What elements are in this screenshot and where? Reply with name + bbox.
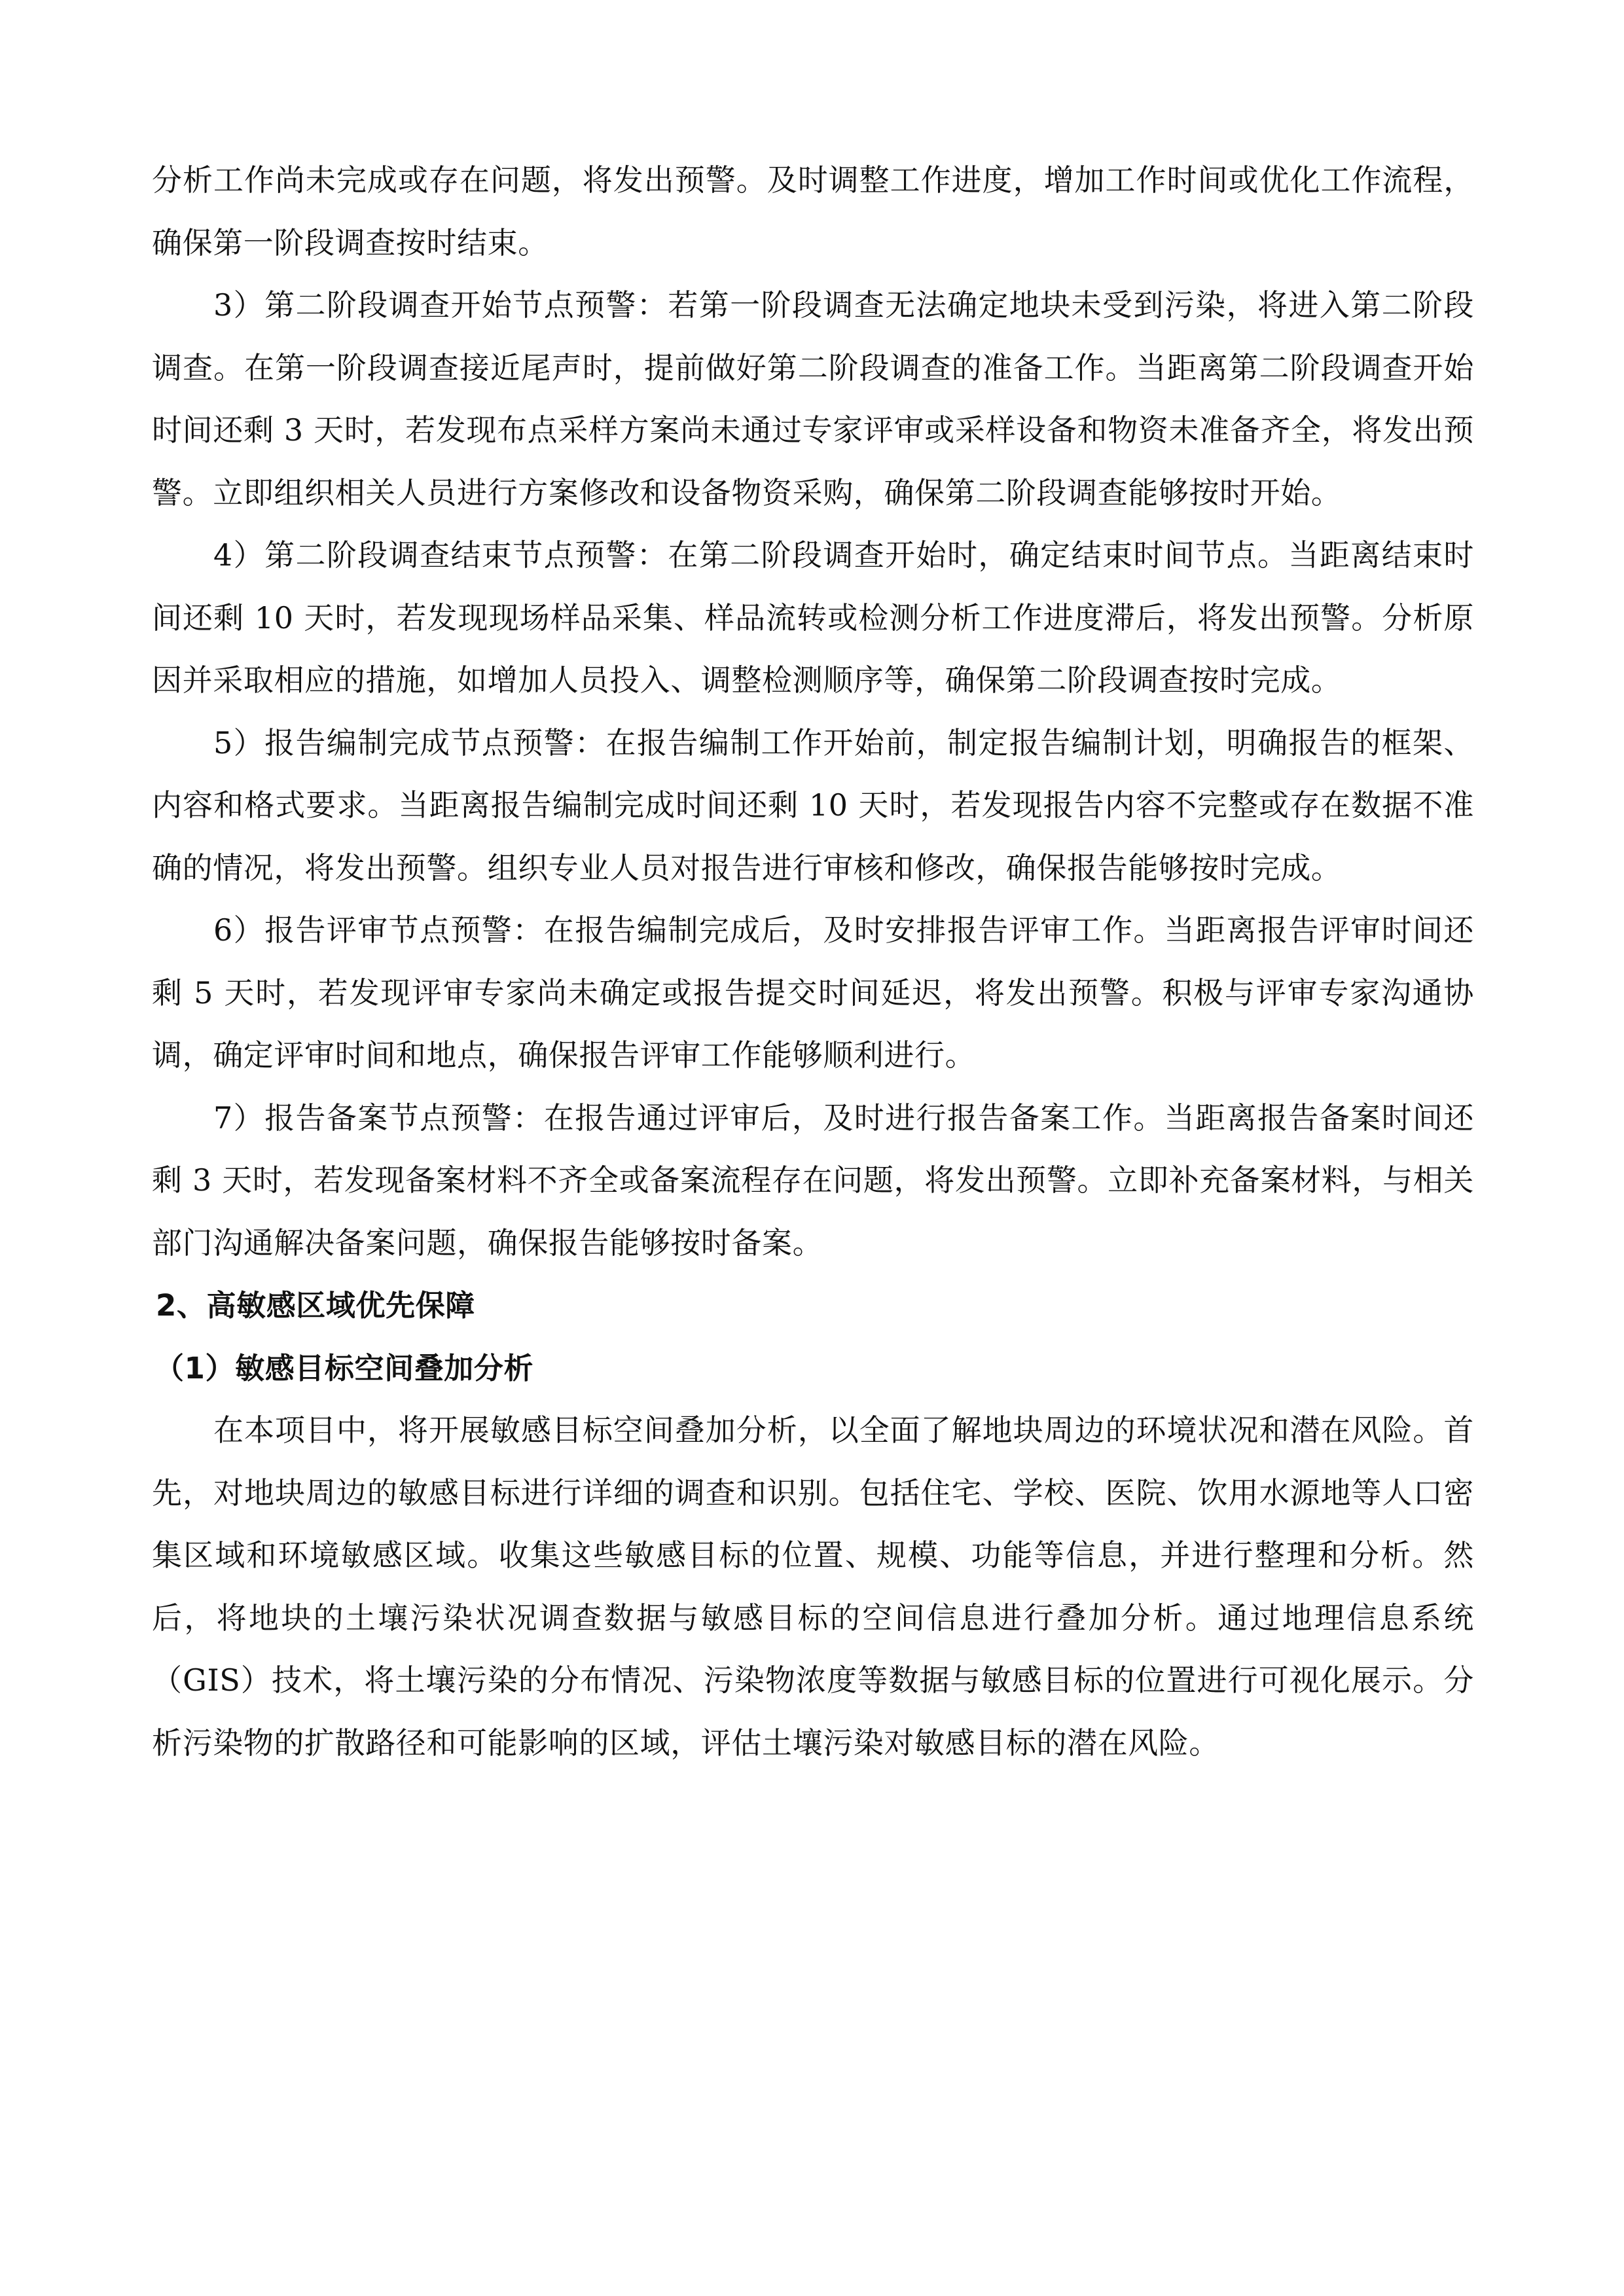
subsection-heading: （1）敏感目标空间叠加分析 xyxy=(152,1337,1474,1400)
section-heading: 2、高敏感区域优先保障 xyxy=(152,1274,1474,1337)
paragraph-report-filing-warning: 7）报告备案节点预警：在报告通过评审后，及时进行报告备案工作。当距离报告备案时间… xyxy=(152,1087,1474,1275)
paragraph-continuation: 分析工作尚未完成或存在问题，将发出预警。及时调整工作进度，增加工作时间或优化工作… xyxy=(152,149,1474,274)
document-page: 分析工作尚未完成或存在问题，将发出预警。及时调整工作进度，增加工作时间或优化工作… xyxy=(152,149,1474,1774)
paragraph-stage2-start-warning: 3）第二阶段调查开始节点预警：若第一阶段调查无法确定地块未受到污染，将进入第二阶… xyxy=(152,274,1474,524)
paragraph-report-review-warning: 6）报告评审节点预警：在报告编制完成后，及时安排报告评审工作。当距离报告评审时间… xyxy=(152,899,1474,1087)
paragraph-stage2-end-warning: 4）第二阶段调查结束节点预警：在第二阶段调查开始时，确定结束时间节点。当距离结束… xyxy=(152,524,1474,712)
paragraph-spatial-overlay-analysis: 在本项目中，将开展敏感目标空间叠加分析，以全面了解地块周边的环境状况和潜在风险。… xyxy=(152,1399,1474,1774)
paragraph-report-compile-warning: 5）报告编制完成节点预警：在报告编制工作开始前，制定报告编制计划，明确报告的框架… xyxy=(152,712,1474,900)
